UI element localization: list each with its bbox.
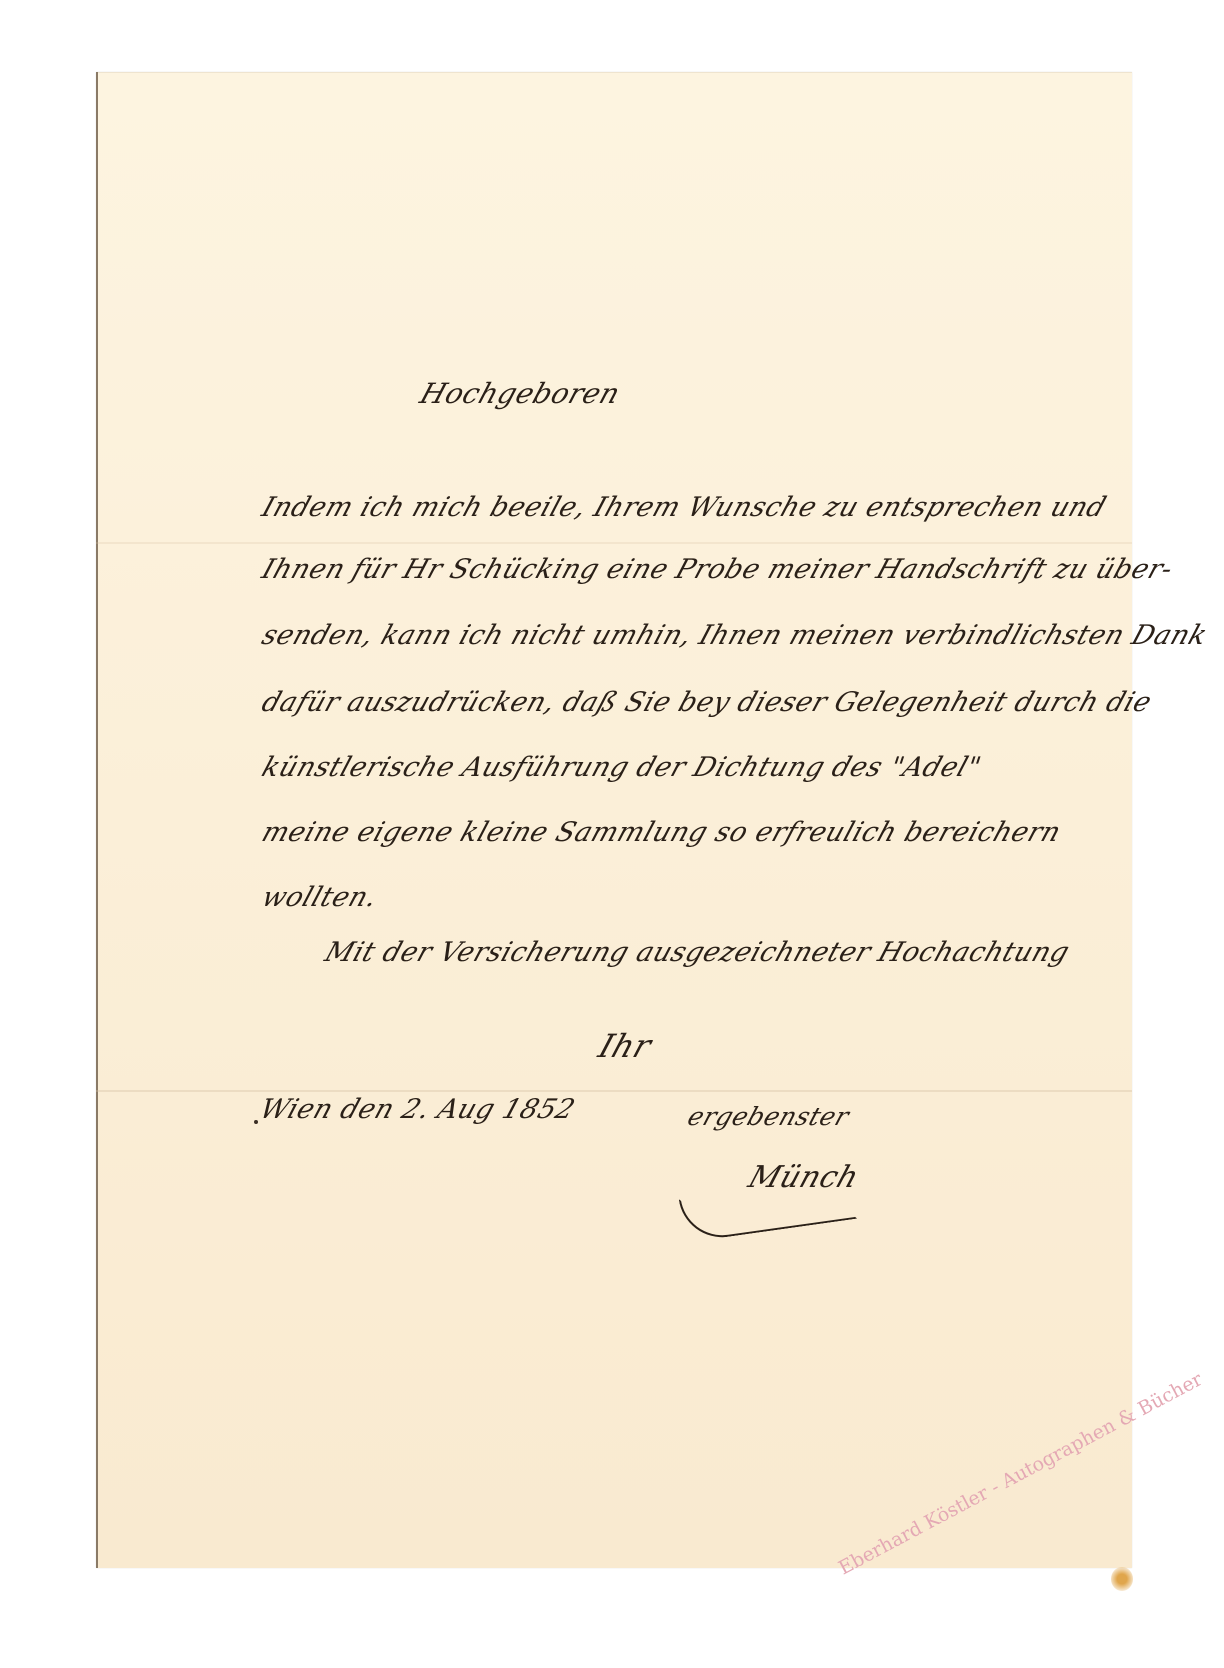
body-line-1: Indem ich mich beeile, Ihrem Wunsche zu … [258, 492, 1110, 523]
body-line-7: wollten. [258, 882, 382, 913]
closing-line: Mit der Versicherung ausgezeichneter Hoc… [321, 937, 1073, 968]
letter-sheet: Hochgeboren Indem ich mich beeile, Ihrem… [96, 72, 1132, 1568]
body-line-6: meine eigene kleine Sammlung so erfreuli… [258, 817, 1065, 848]
body-line-3: senden, kann ich nicht umhin, Ihnen mein… [258, 620, 1211, 651]
body-line-5: künstlerische Ausführung der Dichtung de… [258, 752, 985, 783]
foxing-stain [1111, 1567, 1133, 1591]
place-date: Wien den 2. Aug 1852 [256, 1094, 579, 1125]
body-line-2: Ihnen für Hr Schücking eine Probe meiner… [258, 554, 1177, 585]
body-line-4: dafür auszudrücken, daß Sie bey dieser G… [258, 687, 1156, 718]
closing-ihr: Ihr [594, 1027, 656, 1065]
salutation: Hochgeboren [416, 377, 624, 410]
closing-ergebenster: ergebenster [684, 1102, 853, 1131]
